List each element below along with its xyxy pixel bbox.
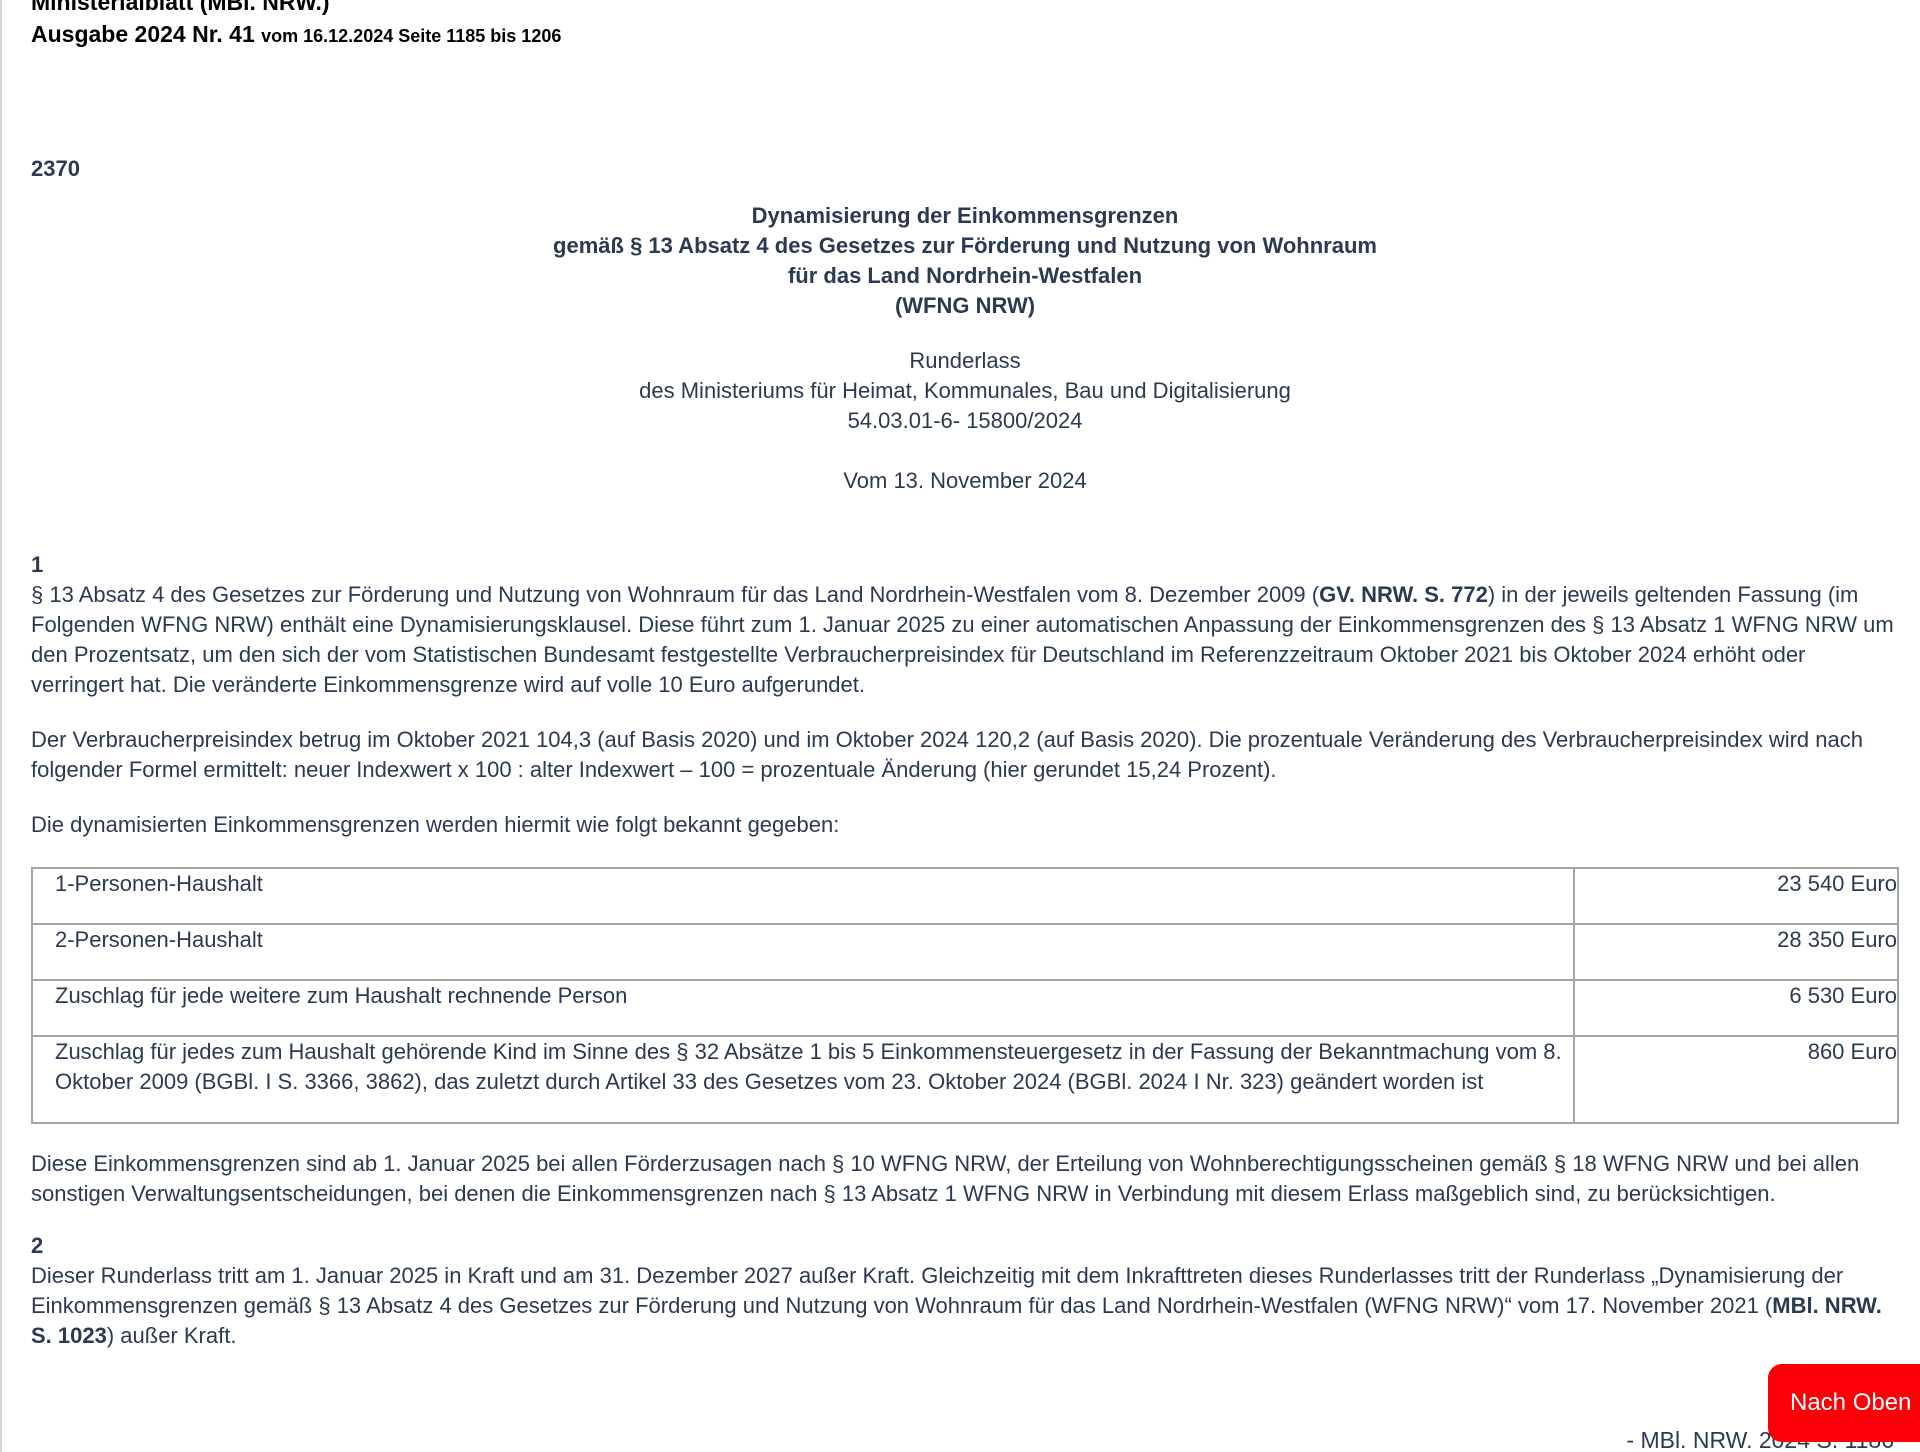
publication-title: Ministerialblatt (MBl. NRW.) (31, 0, 1899, 18)
document-issuer: des Ministeriums für Heimat, Kommunales,… (31, 376, 1899, 406)
section1-paragraph-4: Diese Einkommensgrenzen sind ab 1. Janua… (31, 1149, 1899, 1209)
table-row: Zuschlag für jedes zum Haushalt gehörend… (32, 1036, 1898, 1123)
title-line: für das Land Nordrhein-Westfalen (31, 261, 1899, 291)
document-title: Dynamisierung der Einkommensgrenzen gemä… (31, 201, 1899, 321)
table-cell-amount: 6 530 Euro (1574, 980, 1898, 1036)
issue-details: vom 16.12.2024 Seite 1185 bis 1206 (261, 26, 561, 46)
issue-number: Ausgabe 2024 Nr. 41 (31, 21, 255, 47)
section-number-1: 1 (31, 550, 1899, 580)
title-line: Dynamisierung der Einkommensgrenzen (31, 201, 1899, 231)
table-cell-label: Zuschlag für jede weitere zum Haushalt r… (32, 980, 1574, 1036)
back-to-top-button[interactable]: Nach Oben (1768, 1364, 1920, 1442)
table-cell-label: Zuschlag für jedes zum Haushalt gehörend… (32, 1036, 1574, 1123)
document-page: Ministerialblatt (MBl. NRW.) Ausgabe 202… (31, 0, 1899, 1351)
title-line: gemäß § 13 Absatz 4 des Gesetzes zur För… (31, 231, 1899, 261)
section1-paragraph-2: Der Verbraucherpreisindex betrug im Okto… (31, 725, 1899, 785)
table-row: Zuschlag für jede weitere zum Haushalt r… (32, 980, 1898, 1036)
gv-nrw-reference-link[interactable]: GV. NRW. S. 772 (1319, 582, 1488, 607)
table-cell-amount: 28 350 Euro (1574, 924, 1898, 980)
section1-paragraph-1: § 13 Absatz 4 des Gesetzes zur Förderung… (31, 580, 1899, 700)
table-cell-amount: 23 540 Euro (1574, 868, 1898, 924)
document-type: Runderlass (31, 346, 1899, 376)
table-cell-label: 2-Personen-Haushalt (32, 924, 1574, 980)
issue-line: Ausgabe 2024 Nr. 41 vom 16.12.2024 Seite… (31, 18, 1899, 52)
table-cell-amount: 860 Euro (1574, 1036, 1898, 1123)
page-left-border (0, 0, 2, 1452)
title-line: (WFNG NRW) (31, 291, 1899, 321)
table-row: 2-Personen-Haushalt 28 350 Euro (32, 924, 1898, 980)
file-number: 54.03.01-6- 15800/2024 (31, 406, 1899, 436)
masthead: Ministerialblatt (MBl. NRW.) Ausgabe 202… (31, 0, 1899, 52)
gliederungsnummer: 2370 (31, 154, 1899, 184)
document-date: Vom 13. November 2024 (31, 466, 1899, 496)
section2-paragraph: Dieser Runderlass tritt am 1. Januar 202… (31, 1261, 1899, 1351)
table-cell-label: 1-Personen-Haushalt (32, 868, 1574, 924)
section-number-2: 2 (31, 1231, 1899, 1261)
section1-paragraph-3: Die dynamisierten Einkommensgrenzen werd… (31, 810, 1899, 840)
table-row: 1-Personen-Haushalt 23 540 Euro (32, 868, 1898, 924)
document-subtitle: Runderlass des Ministeriums für Heimat, … (31, 346, 1899, 436)
income-limits-table: 1-Personen-Haushalt 23 540 Euro 2-Person… (31, 867, 1899, 1124)
